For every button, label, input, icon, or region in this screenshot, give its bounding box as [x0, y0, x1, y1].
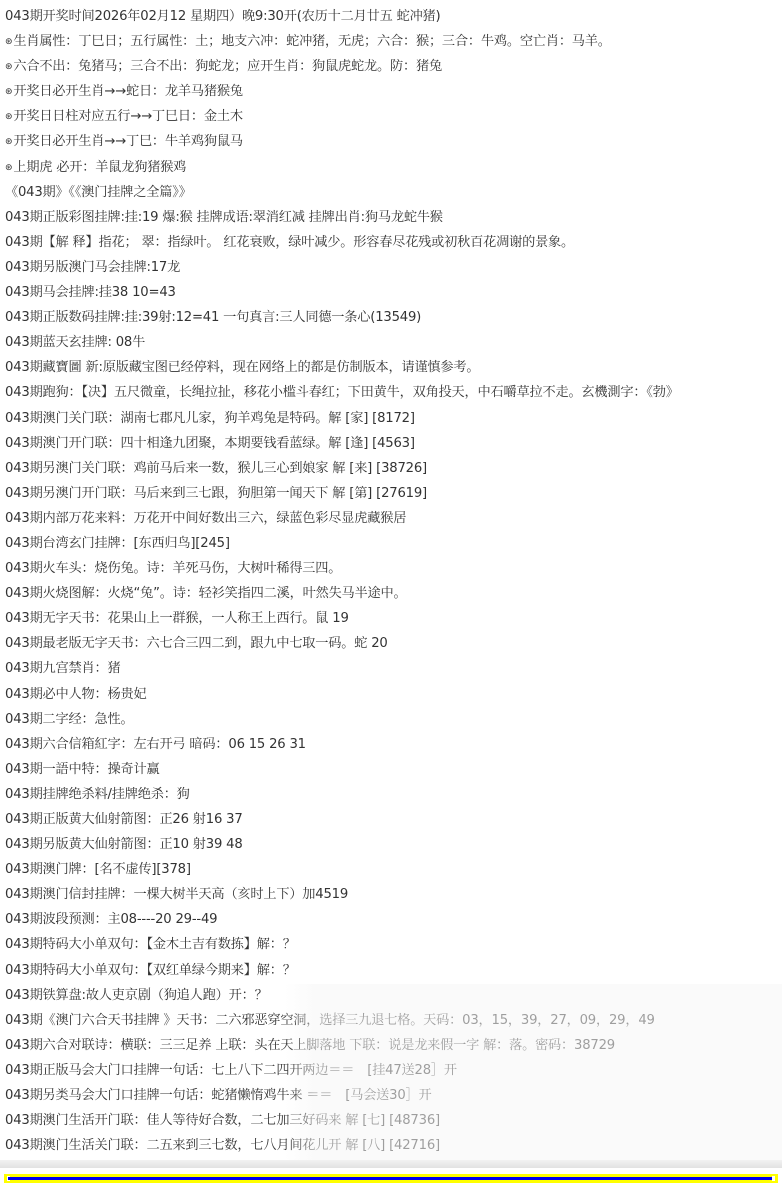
text-line: 043期《澳门六合天书挂牌 》天书：二六邪恶穿空洞，选择三九退七格。天码：03，…	[0, 1008, 782, 1033]
text-line: 043期澳门信封挂牌：一棵大树半天高（亥时上下）加4519	[0, 882, 782, 907]
text-line: 043期无字天书：花果山上一群猴，一人称王上西行。鼠 19	[0, 606, 782, 631]
text-line: 043期藏寶圖 新:原版藏宝图已经停料，现在网络上的都是仿制版本，请谨慎参考。	[0, 355, 782, 380]
text-line: 043期澳门开门联：四十相逢九团聚，本期要钱看蓝绿。解 [逢] [4563]	[0, 431, 782, 456]
text-line: 043期特码大小单双句：【双红单绿今期来】解：？	[0, 958, 782, 983]
line-text: 043期波段预测：主08----20 29--49	[5, 912, 217, 927]
line-text: 043期另版澳门马会挂牌:17龙	[5, 260, 180, 275]
text-line: 043期一語中特：操奇计赢	[0, 757, 782, 782]
text-line: 043期波段预测：主08----20 29--49	[0, 907, 782, 932]
text-line: 043期特码大小单双句：【金木土吉有数拣】解：？	[0, 932, 782, 957]
line-text: 《043期》《《澳门挂牌之全篇》》	[5, 185, 192, 200]
line-text: 043期蓝天玄挂牌: 08牛	[5, 335, 145, 350]
text-line: 043期马会挂牌:挂38 10=43	[0, 280, 782, 305]
line-text: 043期开奖时间2026年02月12 星期四）晚9:30开(农历十二月廿五 蛇冲…	[5, 9, 441, 24]
line-text: 043期澳门关门联：湖南七郡凡儿家，狗羊鸡兔是特码。解 [家] [8172]	[5, 411, 415, 426]
scroll-right-handle[interactable]	[772, 1176, 775, 1181]
line-text: 043期正版彩图挂牌:挂:19 爆:猴 挂牌成语:翠消红减 挂牌出肖:狗马龙蛇牛…	[5, 210, 443, 225]
line-text: 043期特码大小单双句：【双红单绿今期来】解：？	[5, 963, 296, 978]
text-line: 043期火车头：烧伤兔。诗：羊死马伤，大树叶稀得三四。	[0, 556, 782, 581]
line-text: 043期台湾玄门挂牌：[东西归鸟][245]	[5, 536, 230, 551]
line-text: 043期澳门生活关门联：二五来到三七数，七八月间花儿开 解 [八] [42716…	[5, 1138, 440, 1153]
line-text: 043期澳门生活开门联：佳人等待好合数，二七加三好码来 解 [七] [48736…	[5, 1113, 440, 1128]
text-line: 043期内部万花来料：万花开中间好数出三六，绿蓝色彩尽显虎藏猴居	[0, 506, 782, 531]
line-text: 生肖属性：丁巳日；五行属性：土；地支六冲：蛇冲猪，无虎；六合：猴；三合：牛鸡。空…	[13, 34, 610, 49]
line-text: 043期六合信箱紅字：左右开弓 暗码：06 15 26 31	[5, 737, 306, 752]
text-line: 043期另版黄大仙射箭图：正10 射39 48	[0, 832, 782, 857]
line-text: 043期火烧图解：火烧“兔”。诗：轻衫笑指四二溪，叶然失马半途中。	[5, 586, 406, 601]
content-bottom-edge	[0, 1160, 782, 1168]
article-body: 043期开奖时间2026年02月12 星期四）晚9:30开(农历十二月廿五 蛇冲…	[0, 0, 782, 1158]
text-line: 043期六合对联诗：横联：三三足养 上联：头在天上脚落地 下联：说是龙来假一字 …	[0, 1033, 782, 1058]
text-line: 043期蓝天玄挂牌: 08牛	[0, 330, 782, 355]
text-line: 043期正版黄大仙射箭图：正26 射16 37	[0, 807, 782, 832]
text-line: 043期澳门关门联：湖南七郡凡儿家，狗羊鸡兔是特码。解 [家] [8172]	[0, 406, 782, 431]
line-text: 043期二字经：急性。	[5, 712, 133, 727]
line-text: 043期另版黄大仙射箭图：正10 射39 48	[5, 837, 243, 852]
line-text: 043期无字天书：花果山上一群猴，一人称王上西行。鼠 19	[5, 611, 349, 626]
text-line: 043期澳门牌：[名不虚传][378]	[0, 857, 782, 882]
line-text: 开奖日日柱对应五行→→丁巳日：金土木	[13, 109, 243, 124]
text-line: 043期最老版无字天书：六七合三四二到，跟九中七取一码。蛇 20	[0, 631, 782, 656]
line-text: 043期【解 释】指花； 翠：指绿叶。 红花衰败，绿叶减少。形容春尽花残或初秋百…	[5, 235, 574, 250]
line-text: 开奖日必开生肖→→蛇日：龙羊马猪猴兔	[13, 84, 243, 99]
bullet-icon: ⊛	[5, 163, 12, 173]
line-text: 043期澳门信封挂牌：一棵大树半天高（亥时上下）加4519	[5, 887, 348, 902]
line-text: 043期澳门开门联：四十相逢九团聚，本期要钱看蓝绿。解 [逢] [4563]	[5, 436, 415, 451]
bullet-icon: ⊛	[5, 62, 12, 72]
scrollbar-track[interactable]	[10, 1177, 772, 1180]
line-text: 043期九宫禁肖：猪	[5, 661, 120, 676]
line-text: 043期另澳门关门联：鸡前马后来一数，猴儿三心到娘家 解 [来] [38726]	[5, 461, 427, 476]
line-text: 043期正版马会大门口挂牌一句话：七上八下二四开两边＝＝ [挂47送28］开	[5, 1063, 457, 1078]
line-text: 043期跑狗：【决】五尺微童，长绳拉扯，移花小槛斗春红；下田黄牛，双角投天，中石…	[5, 385, 679, 400]
text-line: 《043期》《《澳门挂牌之全篇》》	[0, 180, 782, 205]
text-line: 043期另澳门开门联：马后来到三七跟，狗胆第一闻天下 解 [第] [27619]	[0, 481, 782, 506]
line-text: 043期最老版无字天书：六七合三四二到，跟九中七取一码。蛇 20	[5, 636, 388, 651]
line-text: 六合不出：兔猪马；三合不出：狗蛇龙；应开生肖：狗鼠虎蛇龙。防：猪兔	[13, 59, 442, 74]
line-text: 043期内部万花来料：万花开中间好数出三六，绿蓝色彩尽显虎藏猴居	[5, 511, 406, 526]
line-text: 043期特码大小单双句：【金木土吉有数拣】解：？	[5, 937, 296, 952]
text-line: 043期九宫禁肖：猪	[0, 656, 782, 681]
text-line: 043期跑狗：【决】五尺微童，长绳拉扯，移花小槛斗春红；下田黄牛，双角投天，中石…	[0, 380, 782, 405]
line-text: 043期另澳门开门联：马后来到三七跟，狗胆第一闻天下 解 [第] [27619]	[5, 486, 427, 501]
text-line: ⊛开奖日必开生肖→→丁巳：牛羊鸡狗鼠马	[0, 129, 782, 154]
text-line: 043期另类马会大门口挂牌一句话：蛇猪懒惰鸡牛来 ＝＝ [马会送30］开	[0, 1083, 782, 1108]
line-text: 043期马会挂牌:挂38 10=43	[5, 285, 176, 300]
text-line: 043期另版澳门马会挂牌:17龙	[0, 255, 782, 280]
text-line: 043期二字经：急性。	[0, 707, 782, 732]
text-line: ⊛开奖日日柱对应五行→→丁巳日：金土木	[0, 104, 782, 129]
line-text: 043期挂牌绝杀料/挂牌绝杀：狗	[5, 787, 190, 802]
bullet-icon: ⊛	[5, 37, 12, 47]
horizontal-scrollbar[interactable]	[4, 1174, 778, 1183]
line-text: 043期《澳门六合天书挂牌 》天书：二六邪恶穿空洞，选择三九退七格。天码：03，…	[5, 1013, 655, 1028]
text-line: ⊛生肖属性：丁巳日；五行属性：土；地支六冲：蛇冲猪，无虎；六合：猴；三合：牛鸡。…	[0, 29, 782, 54]
text-line: 043期铁算盘:故人吏京剧（狗追人跑）开：？	[0, 983, 782, 1008]
text-line: 043期正版数码挂牌:挂:39射:12=41 一句真言:三人同德一条心(1354…	[0, 305, 782, 330]
text-line: 043期另澳门关门联：鸡前马后来一数，猴儿三心到娘家 解 [来] [38726]	[0, 456, 782, 481]
text-line: 043期正版彩图挂牌:挂:19 爆:猴 挂牌成语:翠消红减 挂牌出肖:狗马龙蛇牛…	[0, 205, 782, 230]
line-text: 043期必中人物：杨贵妃	[5, 687, 146, 702]
line-text: 043期藏寶圖 新:原版藏宝图已经停料，现在网络上的都是仿制版本，请谨慎参考。	[5, 360, 479, 375]
line-text: 043期正版黄大仙射箭图：正26 射16 37	[5, 812, 243, 827]
text-line: ⊛六合不出：兔猪马；三合不出：狗蛇龙；应开生肖：狗鼠虎蛇龙。防：猪兔	[0, 54, 782, 79]
text-line: 043期台湾玄门挂牌：[东西归鸟][245]	[0, 531, 782, 556]
line-text: 043期一語中特：操奇计赢	[5, 762, 159, 777]
text-line: 043期开奖时间2026年02月12 星期四）晚9:30开(农历十二月廿五 蛇冲…	[0, 4, 782, 29]
line-text: 043期正版数码挂牌:挂:39射:12=41 一句真言:三人同德一条心(1354…	[5, 310, 421, 325]
bullet-icon: ⊛	[5, 87, 12, 97]
line-text: 043期六合对联诗：横联：三三足养 上联：头在天上脚落地 下联：说是龙来假一字 …	[5, 1038, 615, 1053]
line-text: 043期澳门牌：[名不虚传][378]	[5, 862, 191, 877]
line-text: 上期虎 必开：羊鼠龙狗猪猴鸡	[13, 160, 186, 175]
text-line: 043期【解 释】指花； 翠：指绿叶。 红花衰败，绿叶减少。形容春尽花残或初秋百…	[0, 230, 782, 255]
bullet-icon: ⊛	[5, 112, 12, 122]
text-line: 043期挂牌绝杀料/挂牌绝杀：狗	[0, 782, 782, 807]
text-line: 043期澳门生活开门联：佳人等待好合数，二七加三好码来 解 [七] [48736…	[0, 1108, 782, 1133]
line-text: 043期另类马会大门口挂牌一句话：蛇猪懒惰鸡牛来 ＝＝ [马会送30］开	[5, 1088, 432, 1103]
text-line: 043期正版马会大门口挂牌一句话：七上八下二四开两边＝＝ [挂47送28］开	[0, 1058, 782, 1083]
text-line: ⊛上期虎 必开：羊鼠龙狗猪猴鸡	[0, 155, 782, 180]
text-line: 043期六合信箱紅字：左右开弓 暗码：06 15 26 31	[0, 732, 782, 757]
line-text: 043期火车头：烧伤兔。诗：羊死马伤，大树叶稀得三四。	[5, 561, 341, 576]
text-line: ⊛开奖日必开生肖→→蛇日：龙羊马猪猴兔	[0, 79, 782, 104]
text-line: 043期火烧图解：火烧“兔”。诗：轻衫笑指四二溪，叶然失马半途中。	[0, 581, 782, 606]
line-text: 开奖日必开生肖→→丁巳：牛羊鸡狗鼠马	[13, 134, 243, 149]
bullet-icon: ⊛	[5, 137, 12, 147]
line-text: 043期铁算盘:故人吏京剧（狗追人跑）开：？	[5, 988, 268, 1003]
text-line: 043期澳门生活关门联：二五来到三七数，七八月间花儿开 解 [八] [42716…	[0, 1133, 782, 1158]
text-line: 043期必中人物：杨贵妃	[0, 682, 782, 707]
